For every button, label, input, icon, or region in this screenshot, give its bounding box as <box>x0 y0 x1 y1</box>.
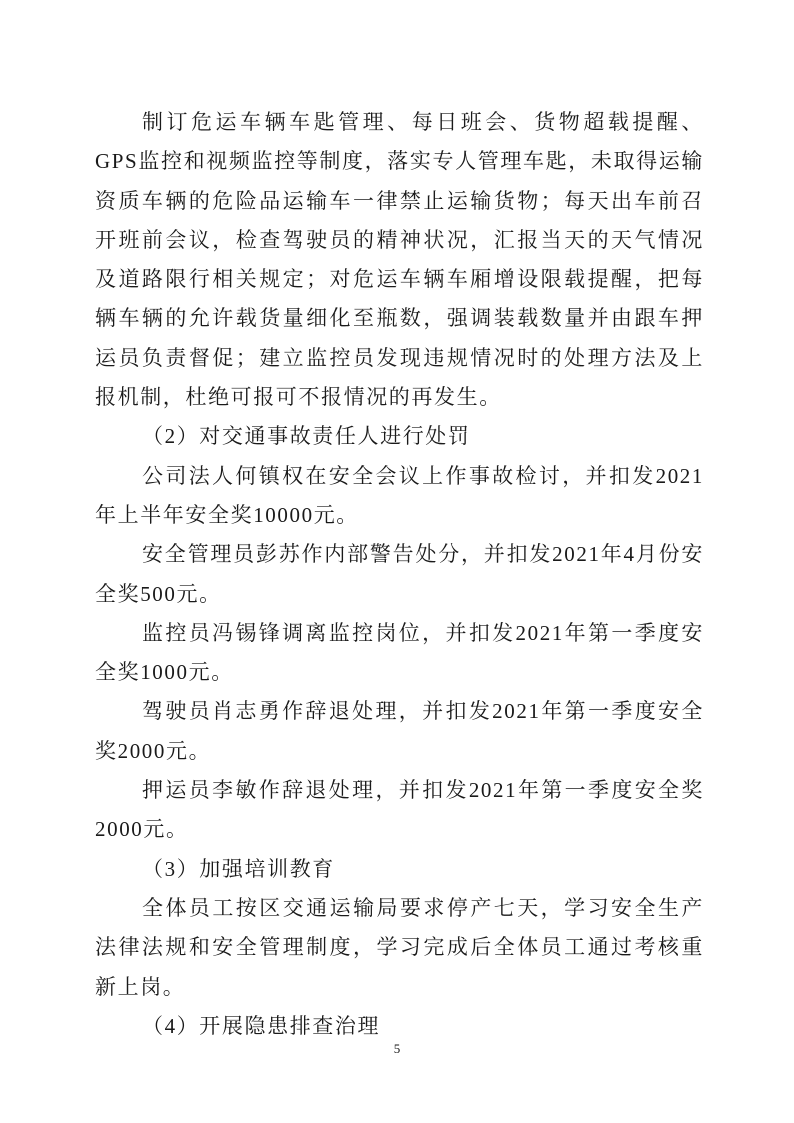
paragraph: （2）对交通事故责任人进行处罚 <box>95 417 704 456</box>
paragraph: （3）加强培训教育 <box>95 850 704 889</box>
document-page: 制订危运车辆车匙管理、每日班会、货物超载提醒、GPS监控和视频监控等制度，落实专… <box>0 0 794 1123</box>
paragraph: 押运员李敏作辞退处理，并扣发2021年第一季度安全奖2000元。 <box>95 771 704 850</box>
paragraph: 公司法人何镇权在安全会议上作事故检讨，并扣发2021年上半年安全奖10000元。 <box>95 457 704 536</box>
paragraph: 安全管理员彭苏作内部警告处分，并扣发2021年4月份安全奖500元。 <box>95 535 704 614</box>
paragraph: 全体员工按区交通运输局要求停产七天，学习安全生产法律法规和安全管理制度，学习完成… <box>95 889 704 1007</box>
paragraph: 监控员冯锡锋调离监控岗位，并扣发2021年第一季度安全奖1000元。 <box>95 614 704 693</box>
document-body: 制订危运车辆车匙管理、每日班会、货物超载提醒、GPS监控和视频监控等制度，落实专… <box>95 103 704 1046</box>
page-number: 5 <box>0 1041 794 1057</box>
paragraph: 制订危运车辆车匙管理、每日班会、货物超载提醒、GPS监控和视频监控等制度，落实专… <box>95 103 704 417</box>
paragraph: 驾驶员肖志勇作辞退处理，并扣发2021年第一季度安全奖2000元。 <box>95 692 704 771</box>
